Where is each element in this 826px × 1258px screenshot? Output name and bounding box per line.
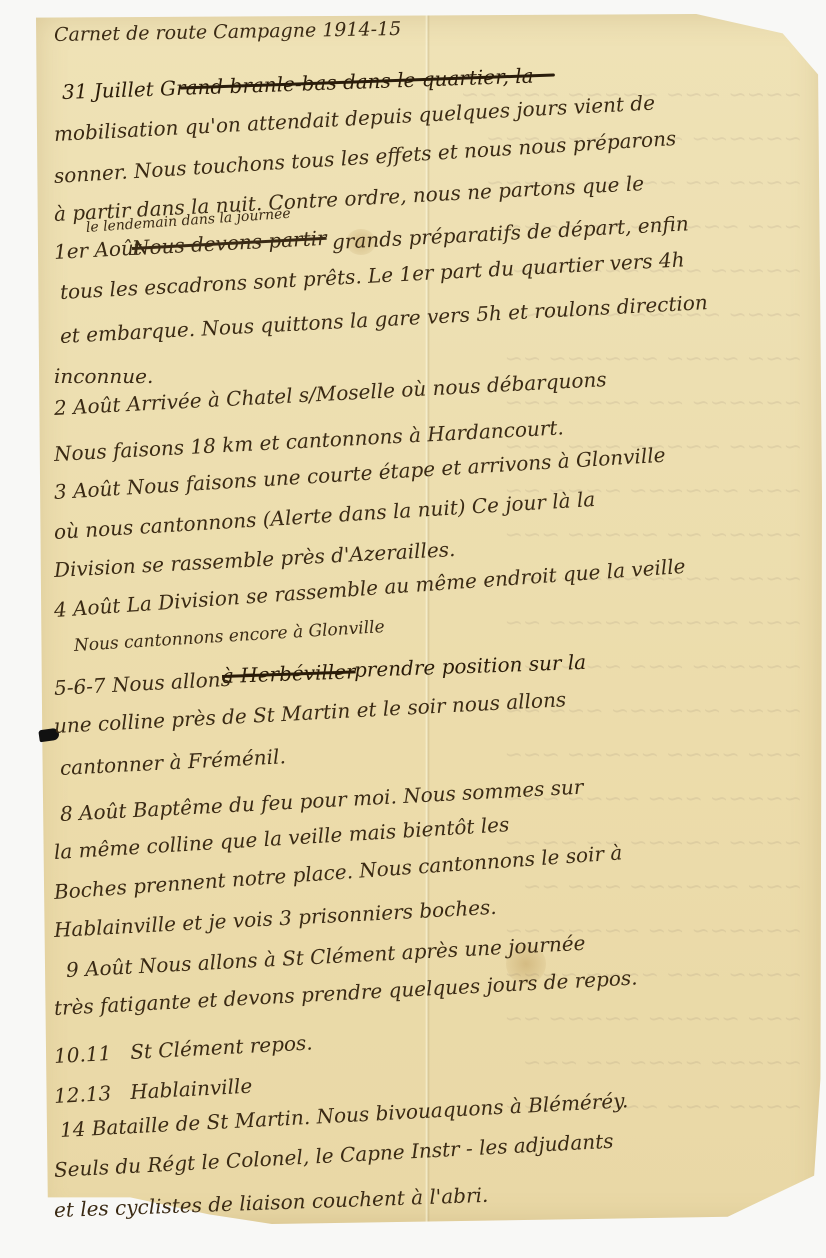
scan-background: ~~~~ ~~~ ~~~~~ ~~~ ~~~~~~~~ ~~~ ~~~~ ~~~… <box>0 0 826 1258</box>
journal-line-date: 1er Août <box>53 235 142 264</box>
struck-through-text: à Herbéviller <box>222 659 356 688</box>
journal-line: inconnue. <box>54 364 153 388</box>
